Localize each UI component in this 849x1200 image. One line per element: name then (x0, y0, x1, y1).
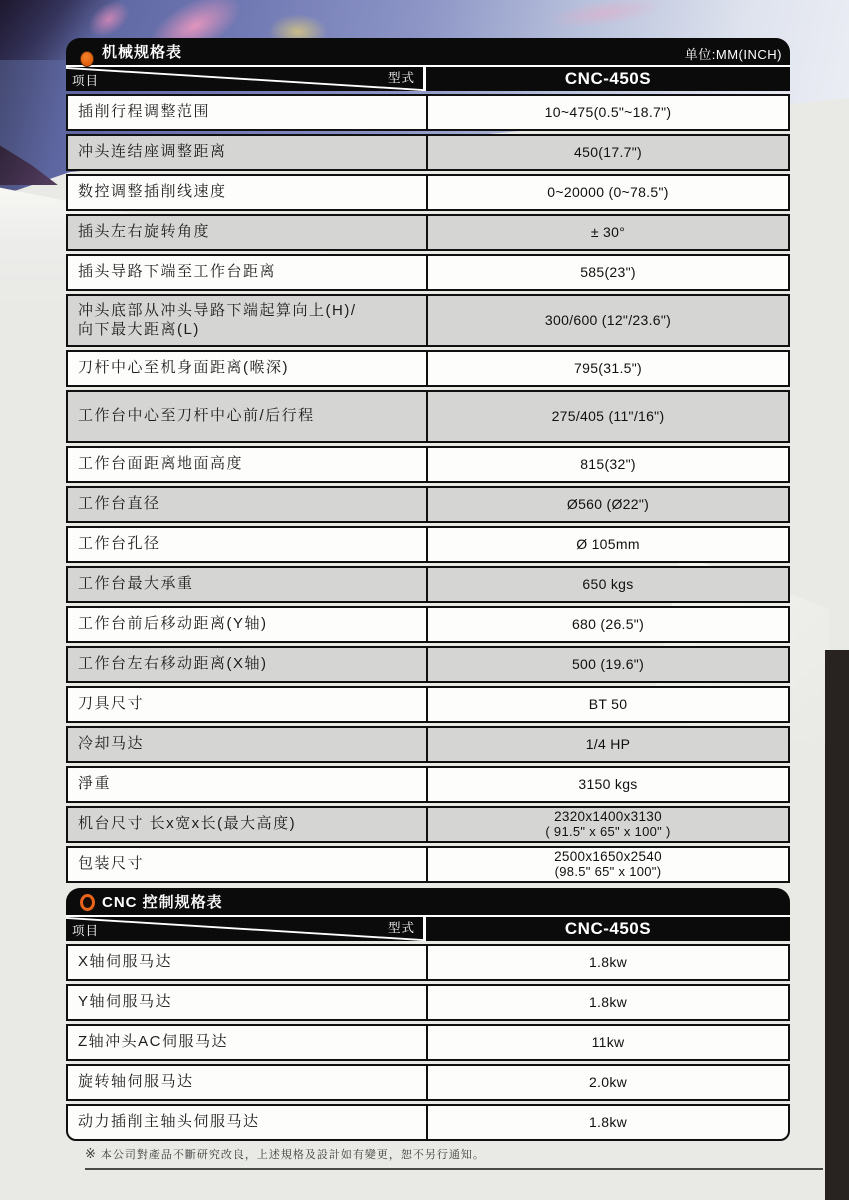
unit-note: 单位:MM(INCH) (685, 44, 782, 63)
table-row: 淨重3150 kgs (66, 766, 790, 803)
spec-value: 10~475(0.5"~18.7") (428, 96, 788, 129)
spec-value: Ø 105mm (428, 528, 788, 561)
footnote-text: 本公司對產品不斷研究改良，上述規格及設計如有變更，恕不另行通知。 (101, 1149, 485, 1161)
spec-label: 动力插削主轴头伺服马达 (68, 1106, 428, 1139)
table-row: Z轴冲头AC伺服马达11kw (66, 1024, 790, 1061)
spec-value: 500 (19.6") (428, 648, 788, 681)
item-column-label: 项目 (72, 71, 99, 89)
table-row: 工作台孔径Ø 105mm (66, 526, 790, 563)
spec-value: 300/600 (12"/23.6") (428, 296, 788, 345)
spec-value: 1.8kw (428, 1106, 788, 1139)
spec-label: X轴伺服马达 (68, 946, 428, 979)
table-row: 旋转轴伺服马达2.0kw (66, 1064, 790, 1101)
item-model-header-cell: 项目 型式 (66, 67, 426, 91)
spec-value: 1.8kw (428, 946, 788, 979)
spec-value: Ø560 (Ø22") (428, 488, 788, 521)
spec-label: Y轴伺服马达 (68, 986, 428, 1019)
spec-value: 795(31.5") (428, 352, 788, 385)
spec-label: 冲头底部从冲头导路下端起算向上(H)/向下最大距离(L) (68, 296, 428, 345)
table-title-band: 机械规格表 单位:MM(INCH) (66, 38, 790, 65)
spec-label: 刀具尺寸 (68, 688, 428, 721)
spec-label: 刀杆中心至机身面距离(喉深) (68, 352, 428, 385)
spec-value: 11kw (428, 1026, 788, 1059)
table-row: 工作台最大承重650 kgs (66, 566, 790, 603)
spec-label: 工作台前后移动距离(Y轴) (68, 608, 428, 641)
spec-label: 包装尺寸 (68, 848, 428, 881)
table-row: 动力插削主轴头伺服马达1.8kw (66, 1104, 790, 1141)
table-row: X轴伺服马达1.8kw (66, 944, 790, 981)
spec-value: 1/4 HP (428, 728, 788, 761)
diagonal-divider-line (66, 917, 423, 941)
spec-value: 2320x1400x3130( 91.5" x 65" x 100" ) (428, 808, 788, 841)
model-column-label: 型式 (388, 68, 415, 86)
spec-label: Z轴冲头AC伺服马达 (68, 1026, 428, 1059)
table-row: 刀具尺寸BT 50 (66, 686, 790, 723)
spec-value: 815(32") (428, 448, 788, 481)
reference-mark-icon: ※ (85, 1146, 97, 1161)
spec-value: 585(23") (428, 256, 788, 289)
spec-sheet-page: 机械规格表 单位:MM(INCH) 项目 型式 CNC-450S 插削行程调整范… (0, 0, 849, 1200)
spec-value: 3150 kgs (428, 768, 788, 801)
model-name-header: CNC-450S (426, 917, 790, 941)
table-row: Y轴伺服马达1.8kw (66, 984, 790, 1021)
table-row: 冲头底部从冲头导路下端起算向上(H)/向下最大距离(L)300/600 (12"… (66, 294, 790, 347)
spec-label: 数控调整插削线速度 (68, 176, 428, 209)
cnc-control-spec-table: CNC 控制规格表 项目 型式 CNC-450S X轴伺服马达1.8kwY轴伺服… (66, 888, 790, 1141)
table-row: 工作台面距离地面高度815(32") (66, 446, 790, 483)
spec-label: 淨重 (68, 768, 428, 801)
spec-label: 插头左右旋转角度 (68, 216, 428, 249)
spec-label: 旋转轴伺服马达 (68, 1066, 428, 1099)
spec-label: 冲头连结座调整距离 (68, 136, 428, 169)
spec-value: 2500x1650x2540(98.5" 65" x 100") (428, 848, 788, 881)
spec-label: 机台尺寸 长x宽x长(最大高度) (68, 808, 428, 841)
table-row: 工作台中心至刀杆中心前/后行程275/405 (11"/16") (66, 390, 790, 443)
bullet-ring-icon (80, 894, 95, 911)
background-right-dark-band (825, 650, 849, 1200)
table-row: 插头左右旋转角度± 30° (66, 214, 790, 251)
diagonal-divider-line (66, 67, 423, 91)
spec-rows: X轴伺服马达1.8kwY轴伺服马达1.8kwZ轴冲头AC伺服马达11kw旋转轴伺… (66, 944, 790, 1141)
spec-label: 插削行程调整范围 (68, 96, 428, 129)
mechanical-spec-table: 机械规格表 单位:MM(INCH) 项目 型式 CNC-450S 插削行程调整范… (66, 38, 790, 883)
table-row: 插头导路下端至工作台距离585(23") (66, 254, 790, 291)
table-row: 插削行程调整范围10~475(0.5"~18.7") (66, 94, 790, 131)
table-row: 机台尺寸 长x宽x长(最大高度)2320x1400x3130( 91.5" x … (66, 806, 790, 843)
spec-value: 275/405 (11"/16") (428, 392, 788, 441)
spec-value: 2.0kw (428, 1066, 788, 1099)
bullet-dot-icon (80, 51, 94, 67)
spec-value: 680 (26.5") (428, 608, 788, 641)
table-row: 包装尺寸2500x1650x2540(98.5" 65" x 100") (66, 846, 790, 883)
model-name-header: CNC-450S (426, 67, 790, 91)
spec-rows: 插削行程调整范围10~475(0.5"~18.7")冲头连结座调整距离450(1… (66, 94, 790, 883)
column-header-row: 项目 型式 CNC-450S (66, 915, 790, 941)
item-model-header-cell: 项目 型式 (66, 917, 426, 941)
spec-value: 450(17.7") (428, 136, 788, 169)
column-header-row: 项目 型式 CNC-450S (66, 65, 790, 91)
spec-label: 工作台直径 (68, 488, 428, 521)
spec-label: 冷却马达 (68, 728, 428, 761)
footnote: ※本公司對產品不斷研究改良，上述規格及設計如有變更，恕不另行通知。 (85, 1146, 823, 1170)
spec-label: 工作台面距离地面高度 (68, 448, 428, 481)
model-column-label: 型式 (388, 918, 415, 936)
table-row: 工作台直径Ø560 (Ø22") (66, 486, 790, 523)
table-row: 数控调整插削线速度0~20000 (0~78.5") (66, 174, 790, 211)
spec-label: 工作台左右移动距离(X轴) (68, 648, 428, 681)
spec-value: 1.8kw (428, 986, 788, 1019)
spec-value: ± 30° (428, 216, 788, 249)
spec-label: 插头导路下端至工作台距离 (68, 256, 428, 289)
table-title-band: CNC 控制规格表 (66, 888, 790, 915)
spec-value: BT 50 (428, 688, 788, 721)
table-row: 工作台前后移动距离(Y轴)680 (26.5") (66, 606, 790, 643)
item-column-label: 项目 (72, 921, 99, 939)
spec-value: 0~20000 (0~78.5") (428, 176, 788, 209)
spec-value: 650 kgs (428, 568, 788, 601)
table-row: 刀杆中心至机身面距离(喉深)795(31.5") (66, 350, 790, 387)
spec-label: 工作台中心至刀杆中心前/后行程 (68, 392, 428, 441)
table-row: 冷却马达1/4 HP (66, 726, 790, 763)
spec-label: 工作台最大承重 (68, 568, 428, 601)
spec-label: 工作台孔径 (68, 528, 428, 561)
table-row: 工作台左右移动距离(X轴)500 (19.6") (66, 646, 790, 683)
table-row: 冲头连结座调整距离450(17.7") (66, 134, 790, 171)
